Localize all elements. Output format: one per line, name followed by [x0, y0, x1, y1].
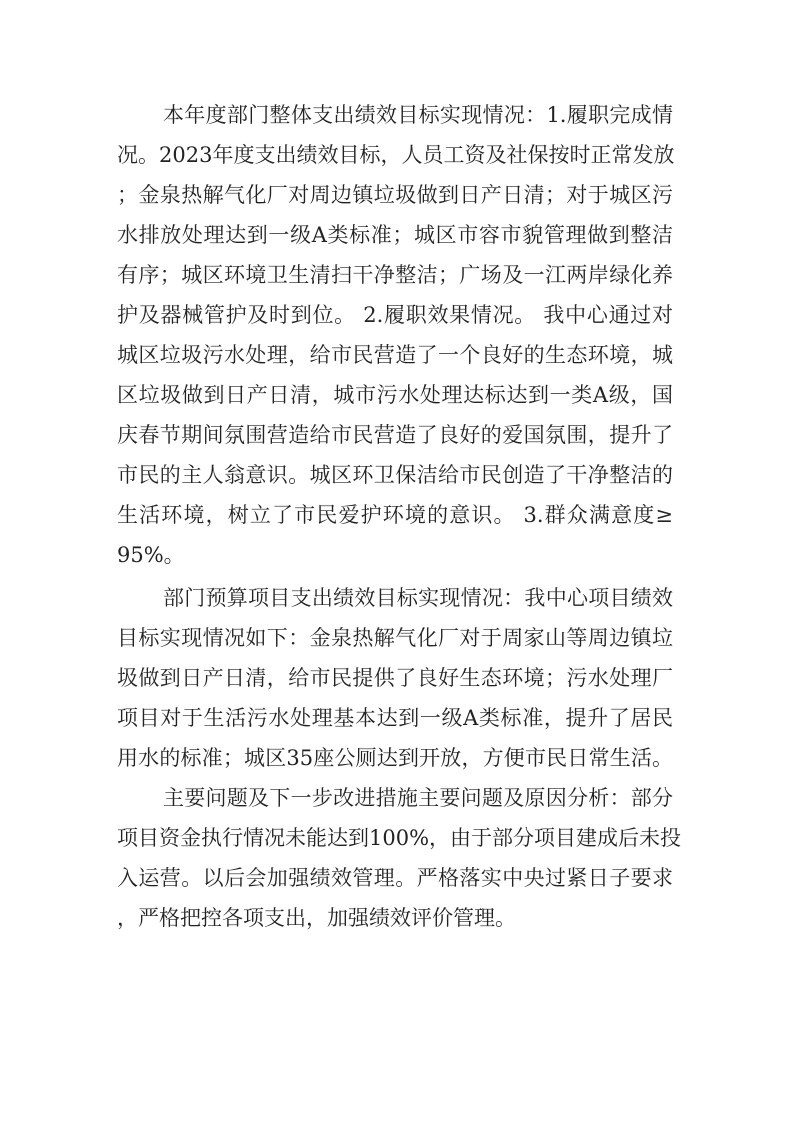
text-line: 入运营。以后会加强绩效管理。严格落实中央过紧日子要求: [117, 858, 673, 898]
text-line: 目标实现情况如下：金泉热解气化厂对于周家山等周边镇垃: [117, 618, 673, 658]
text-line: 圾做到日产日清，给市民提供了良好生态环境；污水处理厂: [117, 658, 673, 698]
text-line: ；金泉热解气化厂对周边镇垃圾做到日产日清；对于城区污: [117, 175, 673, 215]
text-line: 水排放处理达到一级A类标准；城区市容市貌管理做到整洁: [117, 215, 673, 255]
text-line: 有序；城区环境卫生清扫干净整洁；广场及一江两岸绿化养: [117, 255, 673, 295]
document-page: 本年度部门整体支出绩效目标实现情况：1.履职完成情 况。2023年度支出绩效目标…: [0, 0, 793, 1122]
text-line: 项目资金执行情况未能达到100%，由于部分项目建成后未投: [117, 818, 673, 858]
text-line: 庆春节期间氛围营造给市民营造了良好的爱国氛围，提升了: [117, 415, 673, 455]
text-line: 护及器械管护及时到位。 2.履职效果情况。 我中心通过对: [117, 295, 673, 335]
text-line: ，严格把控各项支出，加强绩效评价管理。: [117, 898, 673, 938]
text-line: 况。2023年度支出绩效目标，人员工资及社保按时正常发放: [117, 135, 673, 175]
text-line: 项目对于生活污水处理基本达到一级A类标准，提升了居民: [117, 698, 673, 738]
text-line: 市民的主人翁意识。城区环卫保洁给市民创造了干净整洁的: [117, 455, 673, 495]
text-line: 95%。: [117, 535, 673, 575]
text-line: 生活环境，树立了市民爱护环境的意识。 3.群众满意度≥: [117, 495, 673, 535]
text-line: 本年度部门整体支出绩效目标实现情况：1.履职完成情: [163, 95, 673, 135]
text-line: 区垃圾做到日产日清，城市污水处理达标达到一类A级，国: [117, 375, 673, 415]
text-line: 用水的标准；城区35座公厕达到开放，方便市民日常生活。: [117, 738, 673, 778]
text-line: 城区垃圾污水处理，给市民营造了一个良好的生态环境，城: [117, 335, 673, 375]
text-line: 部门预算项目支出绩效目标实现情况：我中心项目绩效: [163, 578, 673, 618]
text-line: 主要问题及下一步改进措施主要问题及原因分析：部分: [163, 778, 673, 818]
